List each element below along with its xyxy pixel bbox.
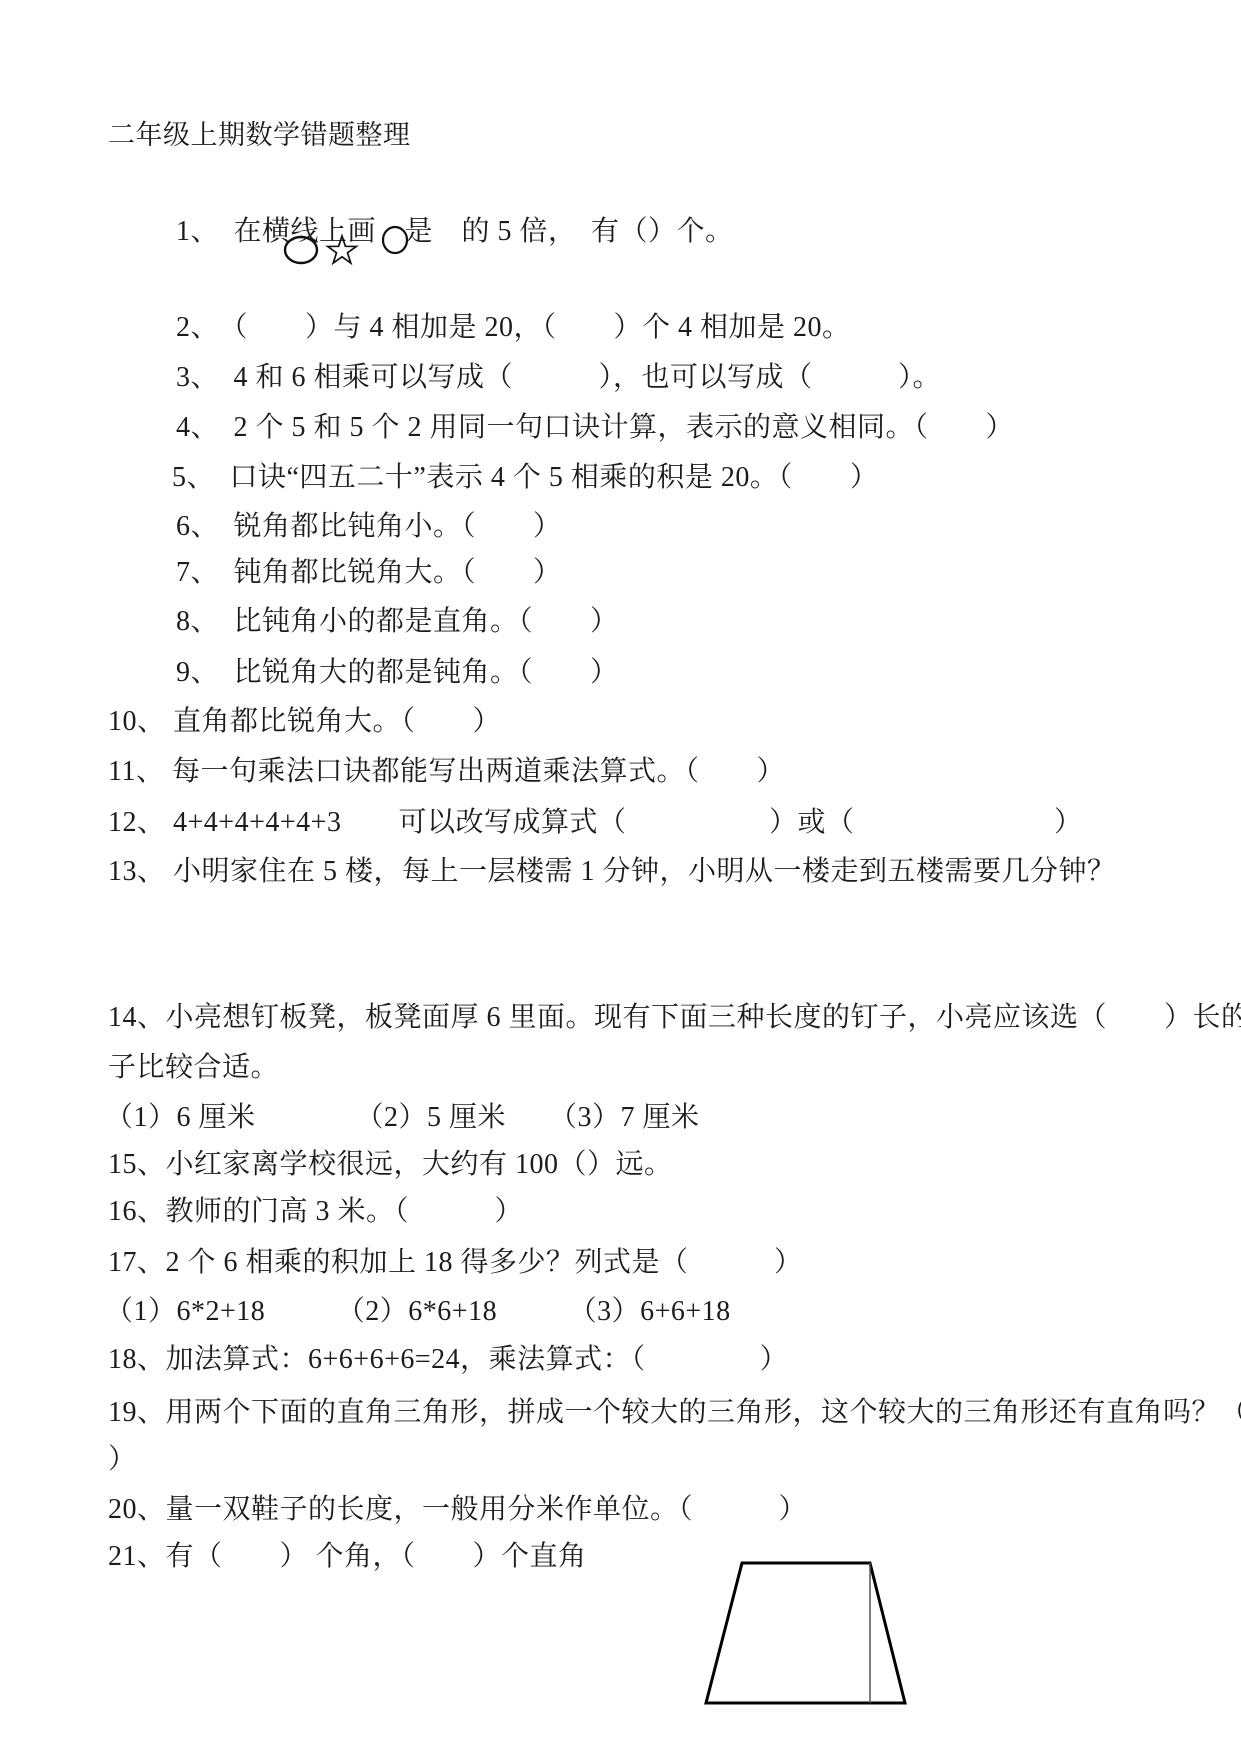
question-1-annotation: [280, 222, 415, 272]
question-9: 9、 比锐角大的都是钝角。（ ）: [176, 648, 619, 698]
question-16: 16、教师的门高 3 米。（ ）: [108, 1187, 523, 1237]
question-1: 1、 在横线上画 是 的 5 倍， 有（）个。: [176, 207, 734, 257]
question-6: 6、 锐角都比钝角小。（ ）: [176, 502, 562, 552]
question-4: 4、 2 个 5 和 5 个 2 用同一句口诀计算，表示的意义相同。（ ）: [176, 403, 1014, 453]
circle-icon: [383, 227, 407, 253]
question-10: 10、 直角都比锐角大。（ ）: [108, 697, 501, 747]
question-11: 11、 每一句乘法口诀都能写出两道乘法算式。（ ）: [108, 747, 785, 797]
question-13: 13、 小明家住在 5 楼，每上一层楼需 1 分钟，小明从一楼走到五楼需要几分钟…: [108, 847, 1116, 897]
worksheet-page: 二年级上期数学错题整理 1、 在横线上画 是 的 5 倍， 有（）个。 2、 （…: [0, 0, 1241, 1754]
question-15: 15、小红家离学校很远，大约有 100（）远。: [108, 1140, 673, 1190]
page-title: 二年级上期数学错题整理: [108, 110, 411, 160]
question-21: 21、有（ ） 个角，（ ）个直角: [108, 1532, 587, 1582]
question-14-options: （1）6 厘米 （2）5 厘米 （3）7 厘米: [105, 1093, 700, 1143]
star-icon: [328, 236, 357, 263]
trapezoid-outline: [706, 1563, 905, 1703]
question-2: 2、 （ ）与 4 相加是 20，（ ）个 4 相加是 20。: [176, 303, 851, 353]
question-3: 3、 4 和 6 相乘可以写成（ ），也可以写成（ ）。: [176, 353, 941, 403]
question-8: 8、 比钝角小的都是直角。（ ）: [176, 597, 619, 647]
question-12: 12、 4+4+4+4+4+3 可以改写成算式（ ）或（ ）: [108, 798, 1082, 848]
question-14-line2: 子比较合适。: [108, 1043, 279, 1093]
question-19-line2: ）: [108, 1435, 137, 1485]
question-5: 5、 口诀“四五二十”表示 4 个 5 相乘的积是 20。（ ）: [172, 453, 878, 503]
question-19-line1: 19、用两个下面的直角三角形，拼成一个较大的三角形，这个较大的三角形还有直角吗？…: [108, 1388, 1241, 1438]
question-7: 7、 钝角都比锐角大。（ ）: [176, 548, 562, 598]
question-17-options: （1）6*2+18 （2）6*6+18 （3）6+6+18: [105, 1287, 731, 1337]
trapezoid-figure: [700, 1555, 915, 1707]
circle-icon: [285, 237, 317, 263]
question-14-line1: 14、小亮想钉板凳，板凳面厚 6 里面。现有下面三种长度的钉子，小亮应该选（ ）…: [108, 993, 1241, 1043]
question-17: 17、2 个 6 相乘的积加上 18 得多少？列式是（ ）: [108, 1238, 803, 1288]
question-18: 18、加法算式：6+6+6+6=24，乘法算式：（ ）: [108, 1335, 788, 1385]
question-20: 20、量一双鞋子的长度，一般用分米作单位。（ ）: [108, 1485, 807, 1535]
